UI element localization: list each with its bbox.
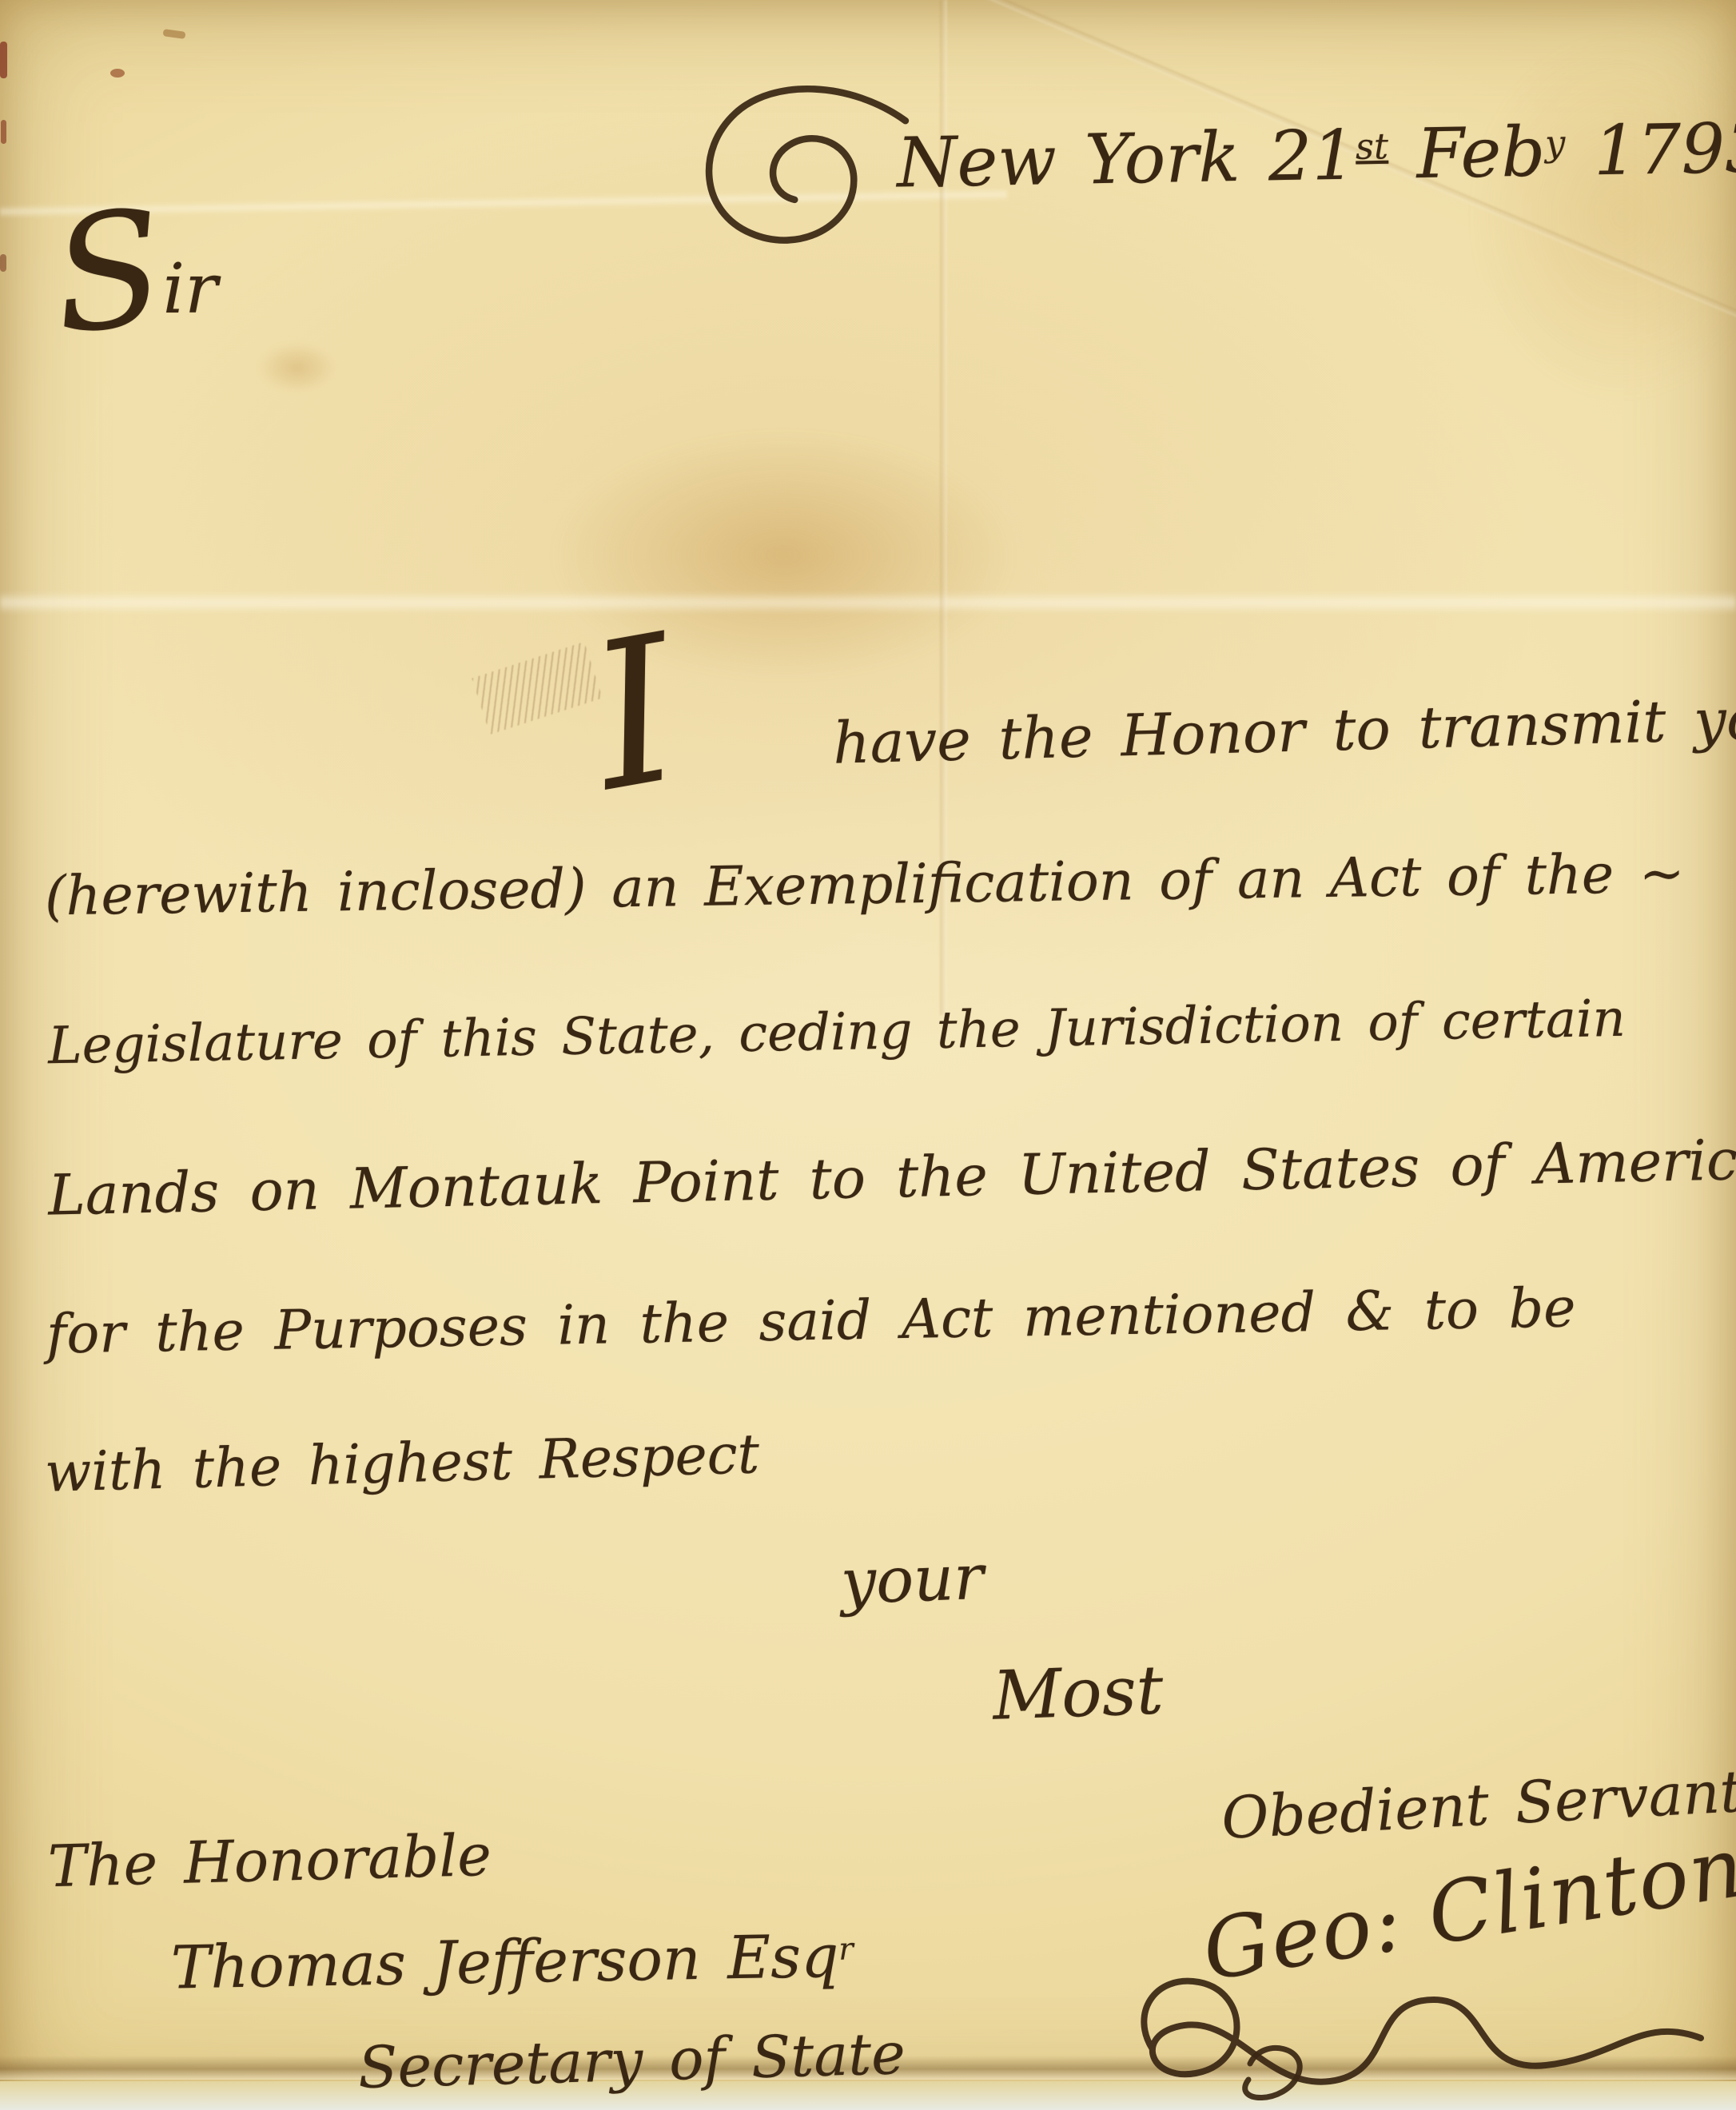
letter-page: New York 21st Feby 1793 Sir I have the H… — [0, 0, 1736, 2110]
crease-diagonal-top-right — [948, 0, 1736, 404]
closing-most: Most — [992, 1656, 1165, 1729]
recipient-title: Secretary of State — [357, 2024, 906, 2096]
edge-speck-1 — [0, 42, 7, 78]
body-line: for the Purposes in the said Act mention… — [46, 1281, 1576, 1362]
recipient-honorific: The Honorable — [47, 1826, 492, 1895]
flourish-swirl-icon — [681, 77, 914, 259]
speck-top-dash — [163, 29, 186, 39]
edge-speck-2 — [1, 120, 6, 144]
dateline-ordinal: st — [1356, 125, 1389, 168]
recipient-esq-sup: r — [838, 1931, 854, 1967]
salutation-rest: ir — [163, 255, 218, 324]
body-opening-capital: I — [579, 608, 692, 820]
salutation-capital: S — [46, 188, 171, 356]
ink-smudge — [472, 642, 603, 735]
paper-stain-top-right — [1471, 32, 1736, 400]
signature-paraph-icon — [1129, 1968, 1723, 2107]
recipient-name: Thomas Jefferson Esqr — [170, 1927, 854, 1998]
dateline-month-sup: y — [1545, 121, 1566, 164]
body-opening-rest: have the Honor to transmit you — [832, 689, 1736, 772]
dateline: New York 21st Feby 1793 — [896, 113, 1736, 197]
speck-top-left — [110, 69, 125, 78]
closing-your: your — [840, 1547, 985, 1614]
dateline-text: New York 21 — [896, 116, 1356, 204]
body-line: Legislature of this State, ceding the Ju… — [48, 993, 1627, 1072]
paper-stain-small — [257, 342, 337, 393]
body-line: (herewith inclosed) an Exemplification o… — [45, 847, 1685, 925]
body-line: Lands on Montauk Point to the United Sta… — [48, 1131, 1736, 1223]
crease-band-middle — [0, 591, 1736, 614]
body-line: with the highest Respect — [44, 1427, 760, 1500]
salutation: Sir — [54, 193, 217, 352]
edge-speck-3 — [0, 254, 6, 272]
